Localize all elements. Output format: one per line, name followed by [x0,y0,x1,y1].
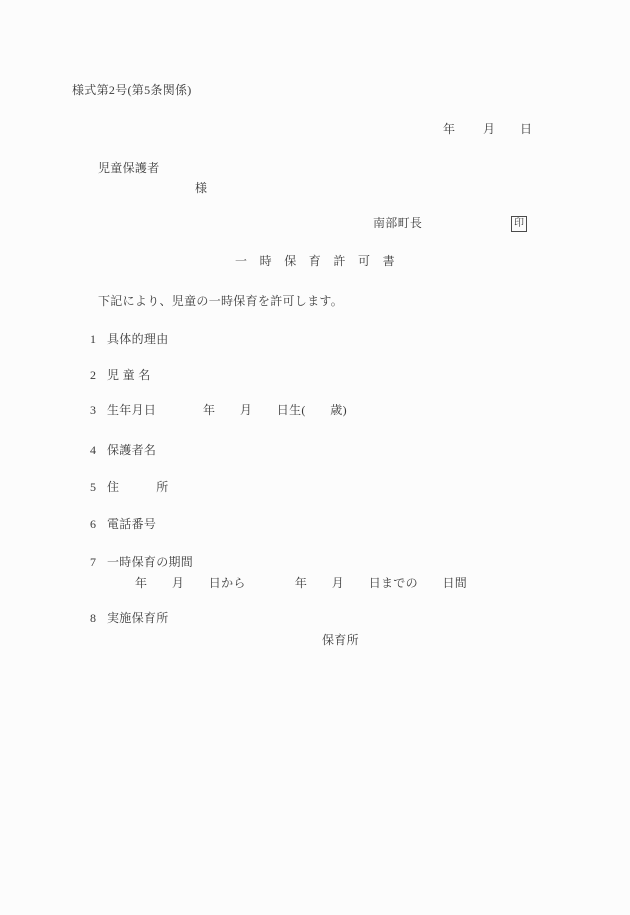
addressee-label: 児童保護者 [98,160,160,176]
item-number: 8 [90,610,96,626]
item-label: 児 童 名 [107,367,151,383]
item-label: 電話番号 [107,516,156,532]
seal-mark: 印 [511,216,527,232]
lead-sentence: 下記により、児童の一時保育を許可します。 [98,293,343,309]
item-number: 1 [90,331,96,347]
document-title: 一 時 保 育 許 可 書 [235,253,395,269]
item-number: 3 [90,402,96,418]
document-page: 様式第2号(第5条関係) 年 月 日 児童保護者 様 南部町長 印 一 時 保 … [0,0,630,915]
item-label: 保護者名 [107,442,156,458]
item-number: 6 [90,516,96,532]
item-number: 7 [90,554,96,570]
issue-date-month-label: 月 [483,121,495,137]
issue-date-day-label: 日 [520,121,532,137]
addressee-honorific: 様 [195,180,207,196]
item-label: 実施保育所 [107,610,169,626]
item-detail-birthdate-blanks: 年 月 日生( 歳) [203,402,347,418]
item-label: 一時保育の期間 [107,554,193,570]
item-number: 2 [90,367,96,383]
item-label: 生年月日 [107,402,156,418]
issuer-title: 南部町長 [373,215,422,231]
form-number: 様式第2号(第5条関係) [72,82,192,98]
item-number: 5 [90,479,96,495]
item-detail-nursery-suffix: 保育所 [322,632,359,648]
item-number: 4 [90,442,96,458]
item-label: 具体的理由 [107,331,169,347]
issue-date-year-label: 年 [443,121,455,137]
item-detail-period-blanks: 年 月 日から 年 月 日までの 日間 [135,575,467,591]
item-label: 住 所 [107,479,169,495]
